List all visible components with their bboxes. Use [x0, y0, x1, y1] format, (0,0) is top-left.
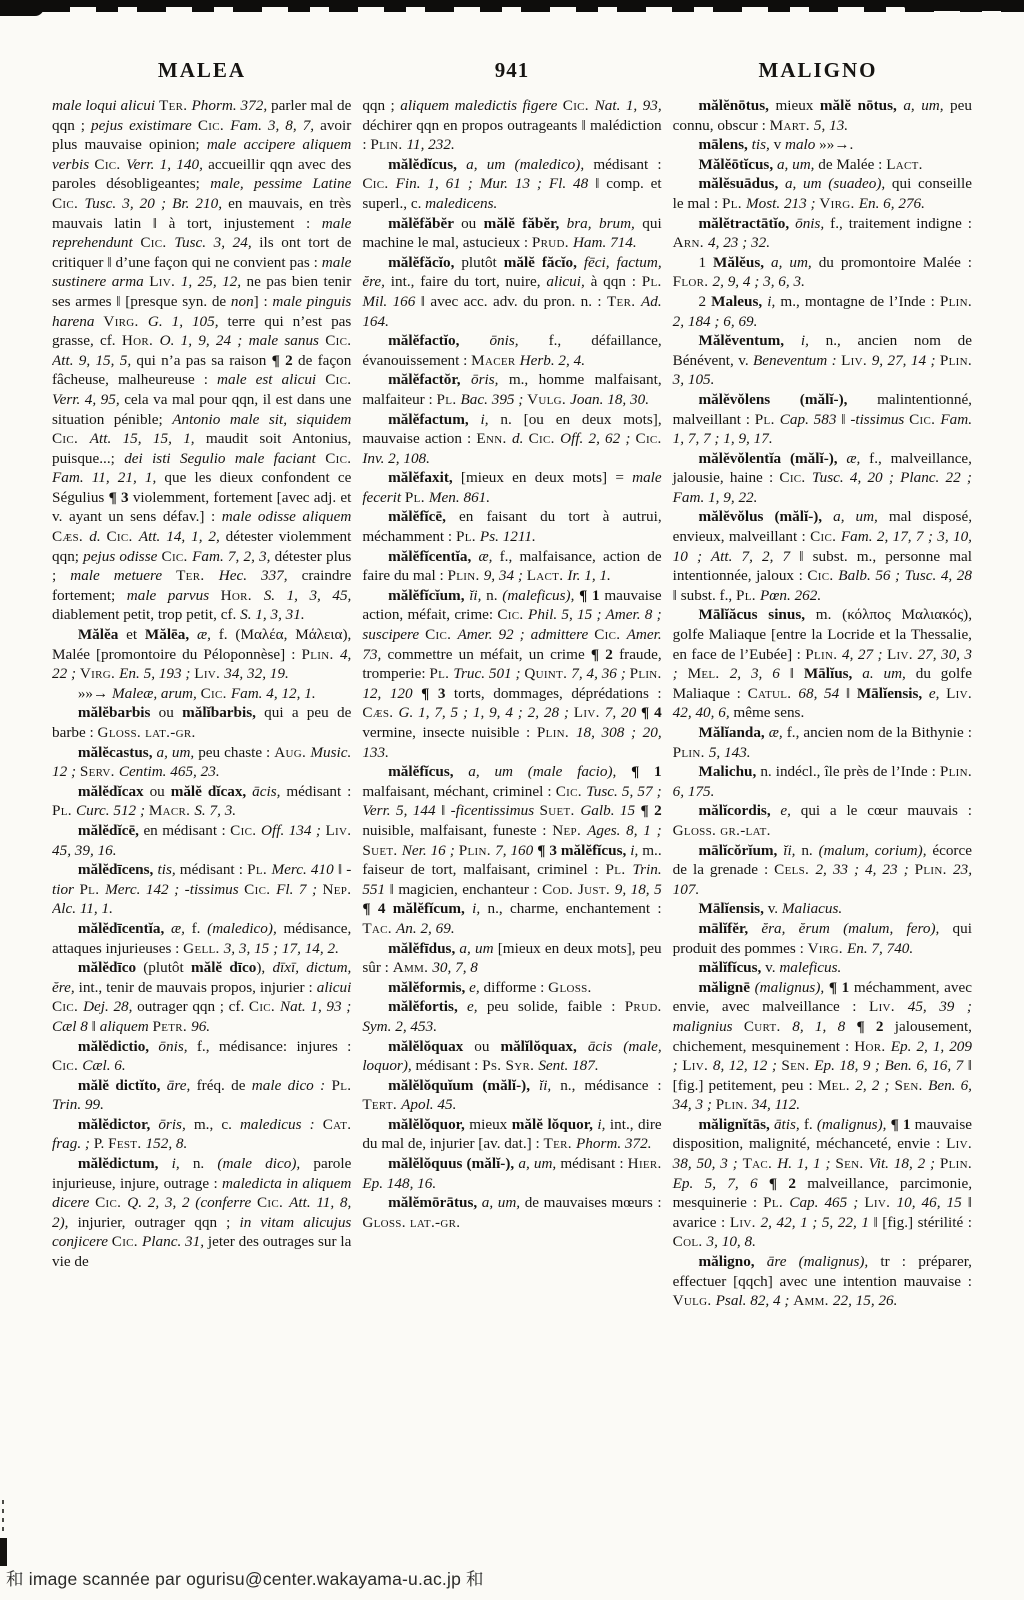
entry-paragraph: mălĕ dictĭto, āre, fréq. de male dico : … [52, 1076, 351, 1115]
entry-paragraph: male loqui alicui Ter. Phorm. 372, parle… [52, 96, 351, 625]
entry-paragraph: mălĕfĭcĭum, ĭi, n. (maleficus), ¶ 1 mauv… [362, 586, 661, 762]
entry-paragraph: mălĕdictor, ōris, m., c. maledicus : Cat… [52, 1115, 351, 1154]
entry-paragraph: mălĕvŏlens (mălĭ-), malintentionné, malv… [673, 390, 972, 449]
entry-paragraph: mălĕfĭcus, a, um (male facio), ¶ 1 malfa… [362, 762, 661, 938]
scan-artifact-dots [2, 1500, 4, 1534]
text-columns: male loqui alicui Ter. Phorm. 372, parle… [52, 96, 972, 1578]
entry-paragraph: mălĕfĭcentĭa, æ, f., malfaisance, action… [362, 547, 661, 586]
entry-paragraph: mălĕfăcĭo, plutôt mălĕ făcĭo, fēci, fact… [362, 253, 661, 331]
entry-paragraph: mălĕtractātĭo, ōnis, f., traitement indi… [673, 214, 972, 253]
entry-paragraph: mălĕnōtus, mieux mălĕ nōtus, a, um, peu … [673, 96, 972, 135]
entry-paragraph: 2 Maleus, i, m., montagne de l’Inde : Pl… [673, 292, 972, 331]
scan-artifact-mark [0, 1538, 7, 1566]
entry-paragraph: mălĕcastus, a, um, peu chaste : Aug. Mus… [52, 743, 351, 782]
entry-paragraph: mălĕdīcentĭa, æ, f. (maledico), médisanc… [52, 919, 351, 958]
entry-paragraph: mălĕdĭcē, en médisant : Cic. Off. 134 ; … [52, 821, 351, 860]
entry-paragraph: mălignĭtās, ātis, f. (malignus), ¶ 1 mau… [673, 1115, 972, 1252]
entry-paragraph: mălĕfactum, i, n. [ou en deux mots], mau… [362, 410, 661, 469]
entry-paragraph: Mălĕa et Mălēa, æ, f. (Μαλέα, Μάλεια), M… [52, 625, 351, 684]
entry-paragraph: mălĕlŏquor, mieux mălĕ lŏquor, i, int., … [362, 1115, 661, 1154]
entry-paragraph: mălĕlŏquus (mălĭ-), a, um, médisant : Hi… [362, 1154, 661, 1193]
entry-paragraph: mălĕfaxit, [mieux en deux mots] = male f… [362, 468, 661, 507]
entry-paragraph: Mālĭăcus sinus, m. (κόλπος Μαλιακός), go… [673, 605, 972, 723]
entry-paragraph: mălĕdīco (plutôt mălĕ dīco), dīxī, dictu… [52, 958, 351, 1036]
entry-paragraph: mălĕsuādus, a, um (suadeo), qui conseill… [673, 174, 972, 213]
entry-paragraph: mălĕfortis, e, peu solide, faible : Prud… [362, 997, 661, 1036]
entry-paragraph: mălĕmōrātus, a, um, de mauvaises mœurs :… [362, 1193, 661, 1232]
entry-paragraph: Mălĭanda, æ, f., ancien nom de la Bithyn… [673, 723, 972, 762]
entry-paragraph: măligno, āre (malignus), tr : préparer, … [673, 1252, 972, 1311]
entry-paragraph: mālĭfĕr, ĕra, ĕrum (malum, fero), qui pr… [673, 919, 972, 958]
entry-paragraph: Malichu, n. indécl., île près de l’Inde … [673, 762, 972, 801]
torn-scan-corner-right [904, 0, 1024, 11]
entry-paragraph: mălĕdĭcax ou mălĕ dĭcax, ācis, médisant … [52, 782, 351, 821]
entry-paragraph: mālens, tis, v malo »»→. [673, 135, 972, 155]
entry-paragraph: mălĕvŏlus (mălĭ-), a, um, mal disposé, e… [673, 507, 972, 605]
entry-paragraph: mălĕfĭcē, en faisant du tort à autrui, m… [362, 507, 661, 546]
entry-paragraph: mălĕdictum, i, n. (male dico), parole in… [52, 1154, 351, 1272]
torn-scan-edge-dashes [0, 7, 1024, 12]
entry-paragraph: mălĕfactŏr, ōris, m., homme malfaisant, … [362, 370, 661, 409]
entry-paragraph: mălĕvŏlentĭa (mălĭ-), æ, f., malveillanc… [673, 449, 972, 508]
entry-paragraph: mălĕfăbĕr ou mălĕ făbĕr, bra, brum, qui … [362, 214, 661, 253]
torn-scan-corner-left [0, 0, 44, 16]
entry-paragraph: mălĕfīdus, a, um [mieux en deux mots], p… [362, 939, 661, 978]
entry-paragraph: mălĭcordis, e, qui a le cœur mauvais : G… [673, 801, 972, 840]
entry-paragraph: mălĕdĭcus, a, um (maledico), médisant : … [362, 155, 661, 214]
entry-paragraph: mālĭcŏrĭum, ĭi, n. (malum, corium), écor… [673, 841, 972, 900]
entry-paragraph: mălĕlŏquĭum (mălĭ-), ĭi, n., médisance :… [362, 1076, 661, 1115]
entry-paragraph: qqn ; aliquem maledictis figere Cic. Nat… [362, 96, 661, 155]
entry-paragraph: mălĕdīcens, tis, médisant : Pl. Merc. 41… [52, 860, 351, 919]
scan-credit-note: 和 image scannée par ogurisu@center.wakay… [6, 1566, 484, 1591]
entry-paragraph: Mălĕventum, i, n., ancien nom de Bénéven… [673, 331, 972, 390]
entry-paragraph: mălĭfĭcus, v. maleficus. [673, 958, 972, 978]
entry-paragraph: mălĕdictio, ōnis, f., médisance: injures… [52, 1037, 351, 1076]
entry-paragraph: Mālĭensis, v. Maliacus. [673, 899, 972, 919]
dictionary-column-1: male loqui alicui Ter. Phorm. 372, parle… [52, 96, 351, 1578]
entry-paragraph: mălĕlŏquax ou mălĭlŏquax, ācis (male, lo… [362, 1037, 661, 1076]
entry-paragraph: 1 Mălĕus, a, um, du promontoire Malée : … [673, 253, 972, 292]
entry-paragraph: »»→ Maleæ, arum, Cic. Fam. 4, 12, 1. [52, 684, 351, 704]
entry-paragraph: mălĕformis, e, difforme : Gloss. [362, 978, 661, 998]
entry-paragraph: mălignē (malignus), ¶ 1 méchamment, avec… [673, 978, 972, 1115]
dictionary-column-2: qqn ; aliquem maledictis figere Cic. Nat… [362, 96, 661, 1578]
torn-scan-edge [0, 0, 1024, 7]
dictionary-scanned-page: MALEA 941 MALIGNO male loqui alicui Ter.… [0, 0, 1024, 1600]
page-header: MALEA 941 MALIGNO [0, 58, 1024, 88]
guide-word-right: MALIGNO [668, 58, 968, 83]
entry-paragraph: Mălĕōtĭcus, a, um, de Malée : Lact. [673, 155, 972, 175]
entry-paragraph: mălĕfactĭo, ōnis, f., défaillance, évano… [362, 331, 661, 370]
entry-paragraph: mălĕbarbis ou mălĭbarbis, qui a peu de b… [52, 703, 351, 742]
dictionary-column-3: mălĕnōtus, mieux mălĕ nōtus, a, um, peu … [673, 96, 972, 1578]
